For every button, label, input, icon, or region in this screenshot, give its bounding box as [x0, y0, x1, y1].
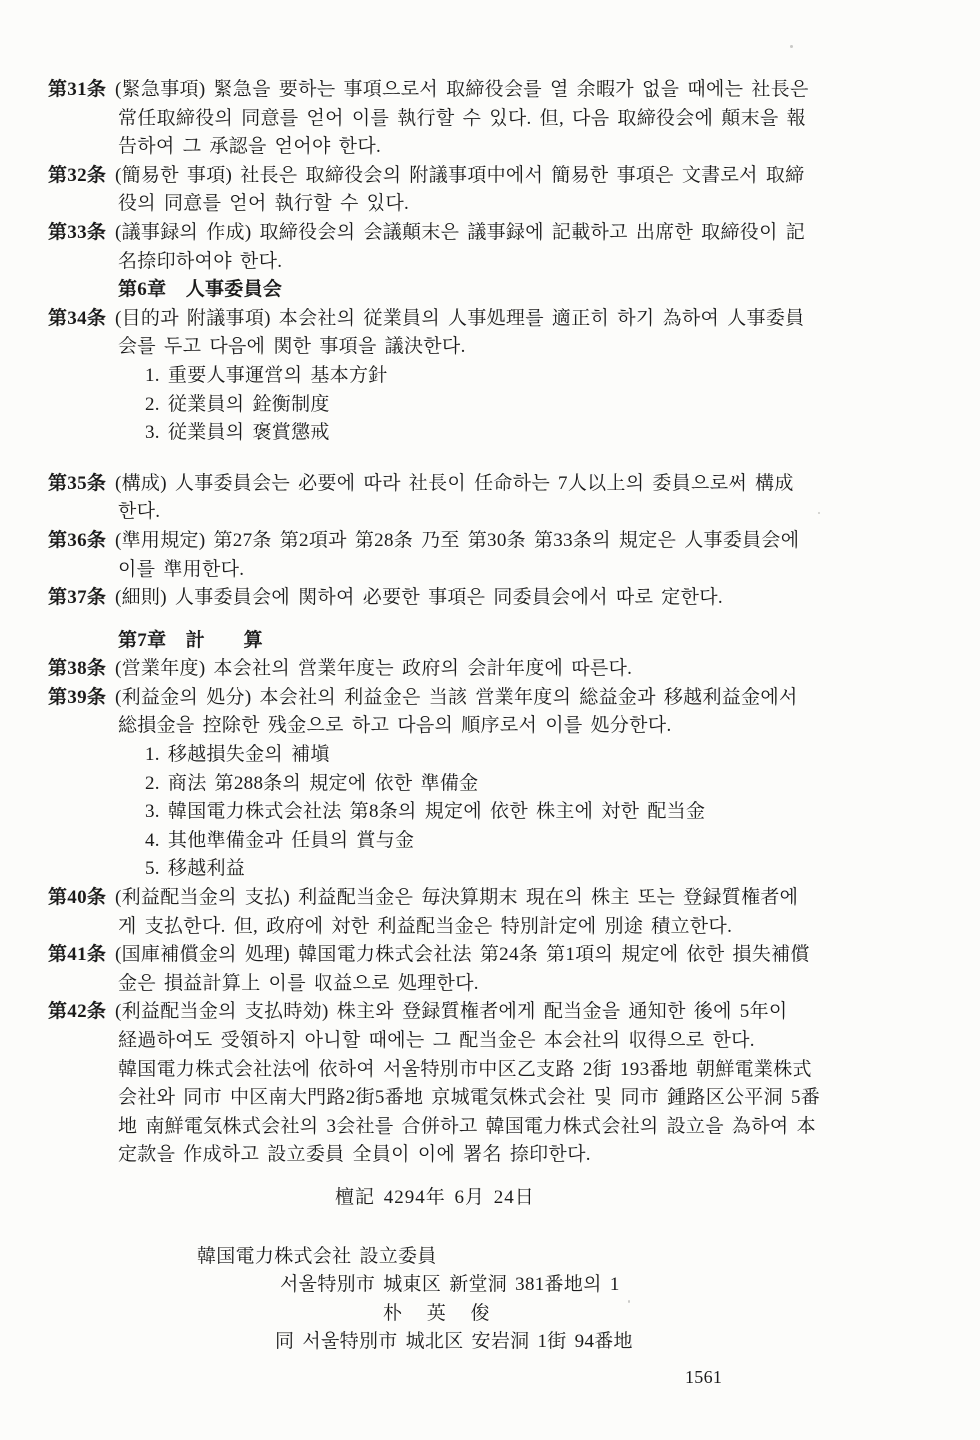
text-line: 常任取締役의 同意를 얻어 이를 執行할 수 있다. 但, 다음 取締役会에 顛… — [48, 105, 943, 134]
list-item-line: 2. 商法 第288条의 規定에 依한 準備金 — [48, 770, 943, 799]
article-text: (簡易한 事項) 社長은 取締役会의 附議事項中에서 簡易한 事項은 文書로서 … — [115, 162, 804, 191]
text-line: 告하여 그 承認을 얻어야 한다. — [48, 133, 943, 162]
article-text: (細則) 人事委員会에 関하여 必要한 事項은 同委員会에서 따로 定한다. — [115, 584, 723, 613]
document-body: 第31条(緊急事項) 緊急을 要하는 事項으로서 取締役会를 열 余暇가 없을 … — [48, 76, 943, 1392]
article-line: 第42条(利益配当金의 支払時効) 株主와 登録質権者에게 配当金을 通知한 後… — [48, 998, 943, 1027]
blank-line — [48, 613, 943, 627]
article-number: 第42条 — [48, 998, 115, 1027]
text-line: 役의 同意를 얻어 執行할 수 있다. — [48, 190, 943, 219]
article-text: (議事録의 作成) 取締役会의 会議顛末은 議事録에 記載하고 出席한 取締役이… — [115, 219, 805, 248]
article-line: 第38条(営業年度) 本会社의 営業年度는 政府의 会計年度에 따른다. — [48, 655, 943, 684]
list-item-line: 4. 其他準備金과 任員의 賞与金 — [48, 827, 943, 856]
text-line: 定款을 作成하고 設立委員 全員이 이에 署名 捺印한다. — [48, 1141, 943, 1170]
page-number: 1561 — [48, 1363, 943, 1392]
article-number: 第31条 — [48, 76, 115, 105]
text-line: 金은 損益計算上 이를 収益으로 処理한다. — [48, 970, 943, 999]
article-number: 第39条 — [48, 684, 115, 713]
article-text: (構成) 人事委員会는 必要에 따라 社長이 任命하는 7人以上의 委員으로써 … — [115, 470, 794, 499]
address-line: 同 서울特別市 城北区 安岩洞 1街 94番地 — [48, 1328, 943, 1357]
text-line: 한다. — [48, 498, 943, 527]
text-line: 総損金을 控除한 残金으로 하고 다음의 順序로서 이를 処分한다. — [48, 712, 943, 741]
article-line: 第35条(構成) 人事委員会는 必要에 따라 社長이 任命하는 7人以上의 委員… — [48, 470, 943, 499]
list-item-line: 1. 移越損失金의 補塡 — [48, 741, 943, 770]
article-line: 第39条(利益金의 処分) 本会社의 利益金은 当該 営業年度의 総益金과 移越… — [48, 684, 943, 713]
article-line: 第40条(利益配当金의 支払) 利益配当金은 毎決算期末 現在의 株主 또는 登… — [48, 884, 943, 913]
text-line: 会를 두고 다음에 関한 事項을 議決한다. — [48, 333, 943, 362]
article-number: 第40条 — [48, 884, 115, 913]
article-text: (利益配当金의 支払時効) 株主와 登録質権者에게 配当金을 通知한 後에 5年… — [115, 998, 788, 1027]
document-page: 第31条(緊急事項) 緊急을 要하는 事項으로서 取締役会를 열 余暇가 없을 … — [0, 0, 980, 1440]
article-line: 第33条(議事録의 作成) 取締役会의 会議顛末은 議事録에 記載하고 出席한 … — [48, 219, 943, 248]
date-line: 檀記 4294年 6月 24日 — [48, 1184, 943, 1213]
article-text: (利益配当金의 支払) 利益配当金은 毎決算期末 現在의 株主 또는 登録質権者… — [115, 884, 798, 913]
article-number: 第38条 — [48, 655, 115, 684]
chapter-heading: 第7章 計 算 — [48, 627, 943, 656]
article-text: (緊急事項) 緊急을 要하는 事項으로서 取締役会를 열 余暇가 없을 때에는 … — [115, 76, 809, 105]
founder-committee-line: 韓国電力株式会社 設立委員 — [48, 1243, 943, 1272]
list-item-line: 5. 移越利益 — [48, 855, 943, 884]
article-text: (営業年度) 本会社의 営業年度는 政府의 会計年度에 따른다. — [115, 655, 632, 684]
text-line: 経過하여도 受領하지 아니할 때에는 그 配当金은 本会社의 収得으로 한다. — [48, 1027, 943, 1056]
article-text: (目的과 附議事項) 本会社의 従業員의 人事処理를 適正히 하기 為하여 人事… — [115, 305, 804, 334]
chapter-heading: 第6章 人事委員会 — [48, 276, 943, 305]
article-line: 第37条(細則) 人事委員会에 関하여 必要한 事項은 同委員会에서 따로 定한… — [48, 584, 943, 613]
list-item-line: 3. 韓国電力株式会社法 第8条의 規定에 依한 株主에 対한 配当金 — [48, 798, 943, 827]
scan-speck — [790, 45, 793, 48]
text-line: 韓国電力株式会社法에 依하여 서울特別市中区乙支路 2街 193番地 朝鮮電業株… — [48, 1056, 943, 1085]
text-line: 게 支払한다. 但, 政府에 対한 利益配当金은 特別計定에 別途 積立한다. — [48, 913, 943, 942]
article-text: (国庫補償金의 処理) 韓国電力株式会社法 第24条 第1項의 規定에 依한 損… — [115, 941, 810, 970]
article-line: 第41条(国庫補償金의 処理) 韓国電力株式会社法 第24条 第1項의 規定에 … — [48, 941, 943, 970]
founder-name: 朴 英 俊 — [48, 1300, 943, 1329]
address-line: 서울特別市 城東区 新堂洞 381番地의 1 — [48, 1271, 943, 1300]
blank-line — [48, 448, 943, 470]
blank-line — [48, 1213, 943, 1243]
list-item-line: 2. 従業員의 銓衡制度 — [48, 391, 943, 420]
text-line: 地 南鮮電気株式会社의 3会社를 合併하고 韓国電力株式会社의 設立을 為하여 … — [48, 1113, 943, 1142]
article-number: 第37条 — [48, 584, 115, 613]
article-number: 第33条 — [48, 219, 115, 248]
text-line: 名捺印하여야 한다. — [48, 248, 943, 277]
article-number: 第41条 — [48, 941, 115, 970]
article-line: 第32条(簡易한 事項) 社長은 取締役会의 附議事項中에서 簡易한 事項은 文… — [48, 162, 943, 191]
blank-line — [48, 1170, 943, 1184]
article-number: 第34条 — [48, 305, 115, 334]
article-line: 第31条(緊急事項) 緊急을 要하는 事項으로서 取締役会를 열 余暇가 없을 … — [48, 76, 943, 105]
article-line: 第36条(準用規定) 第27条 第2項과 第28条 乃至 第30条 第33条의 … — [48, 527, 943, 556]
article-number: 第32条 — [48, 162, 115, 191]
article-text: (準用規定) 第27条 第2項과 第28条 乃至 第30条 第33条의 規定은 … — [115, 527, 799, 556]
article-text: (利益金의 処分) 本会社의 利益金은 当該 営業年度의 総益金과 移越利益金에… — [115, 684, 798, 713]
text-line: 이를 準用한다. — [48, 556, 943, 585]
text-line: 会社와 同市 中区南大門路2街5番地 京城電気株式会社 및 同市 鍾路区公平洞 … — [48, 1084, 943, 1113]
article-number: 第36条 — [48, 527, 115, 556]
article-number: 第35条 — [48, 470, 115, 499]
list-item-line: 3. 従業員의 褒賞懲戒 — [48, 419, 943, 448]
article-line: 第34条(目的과 附議事項) 本会社의 従業員의 人事処理를 適正히 하기 為하… — [48, 305, 943, 334]
list-item-line: 1. 重要人事運営의 基本方針 — [48, 362, 943, 391]
